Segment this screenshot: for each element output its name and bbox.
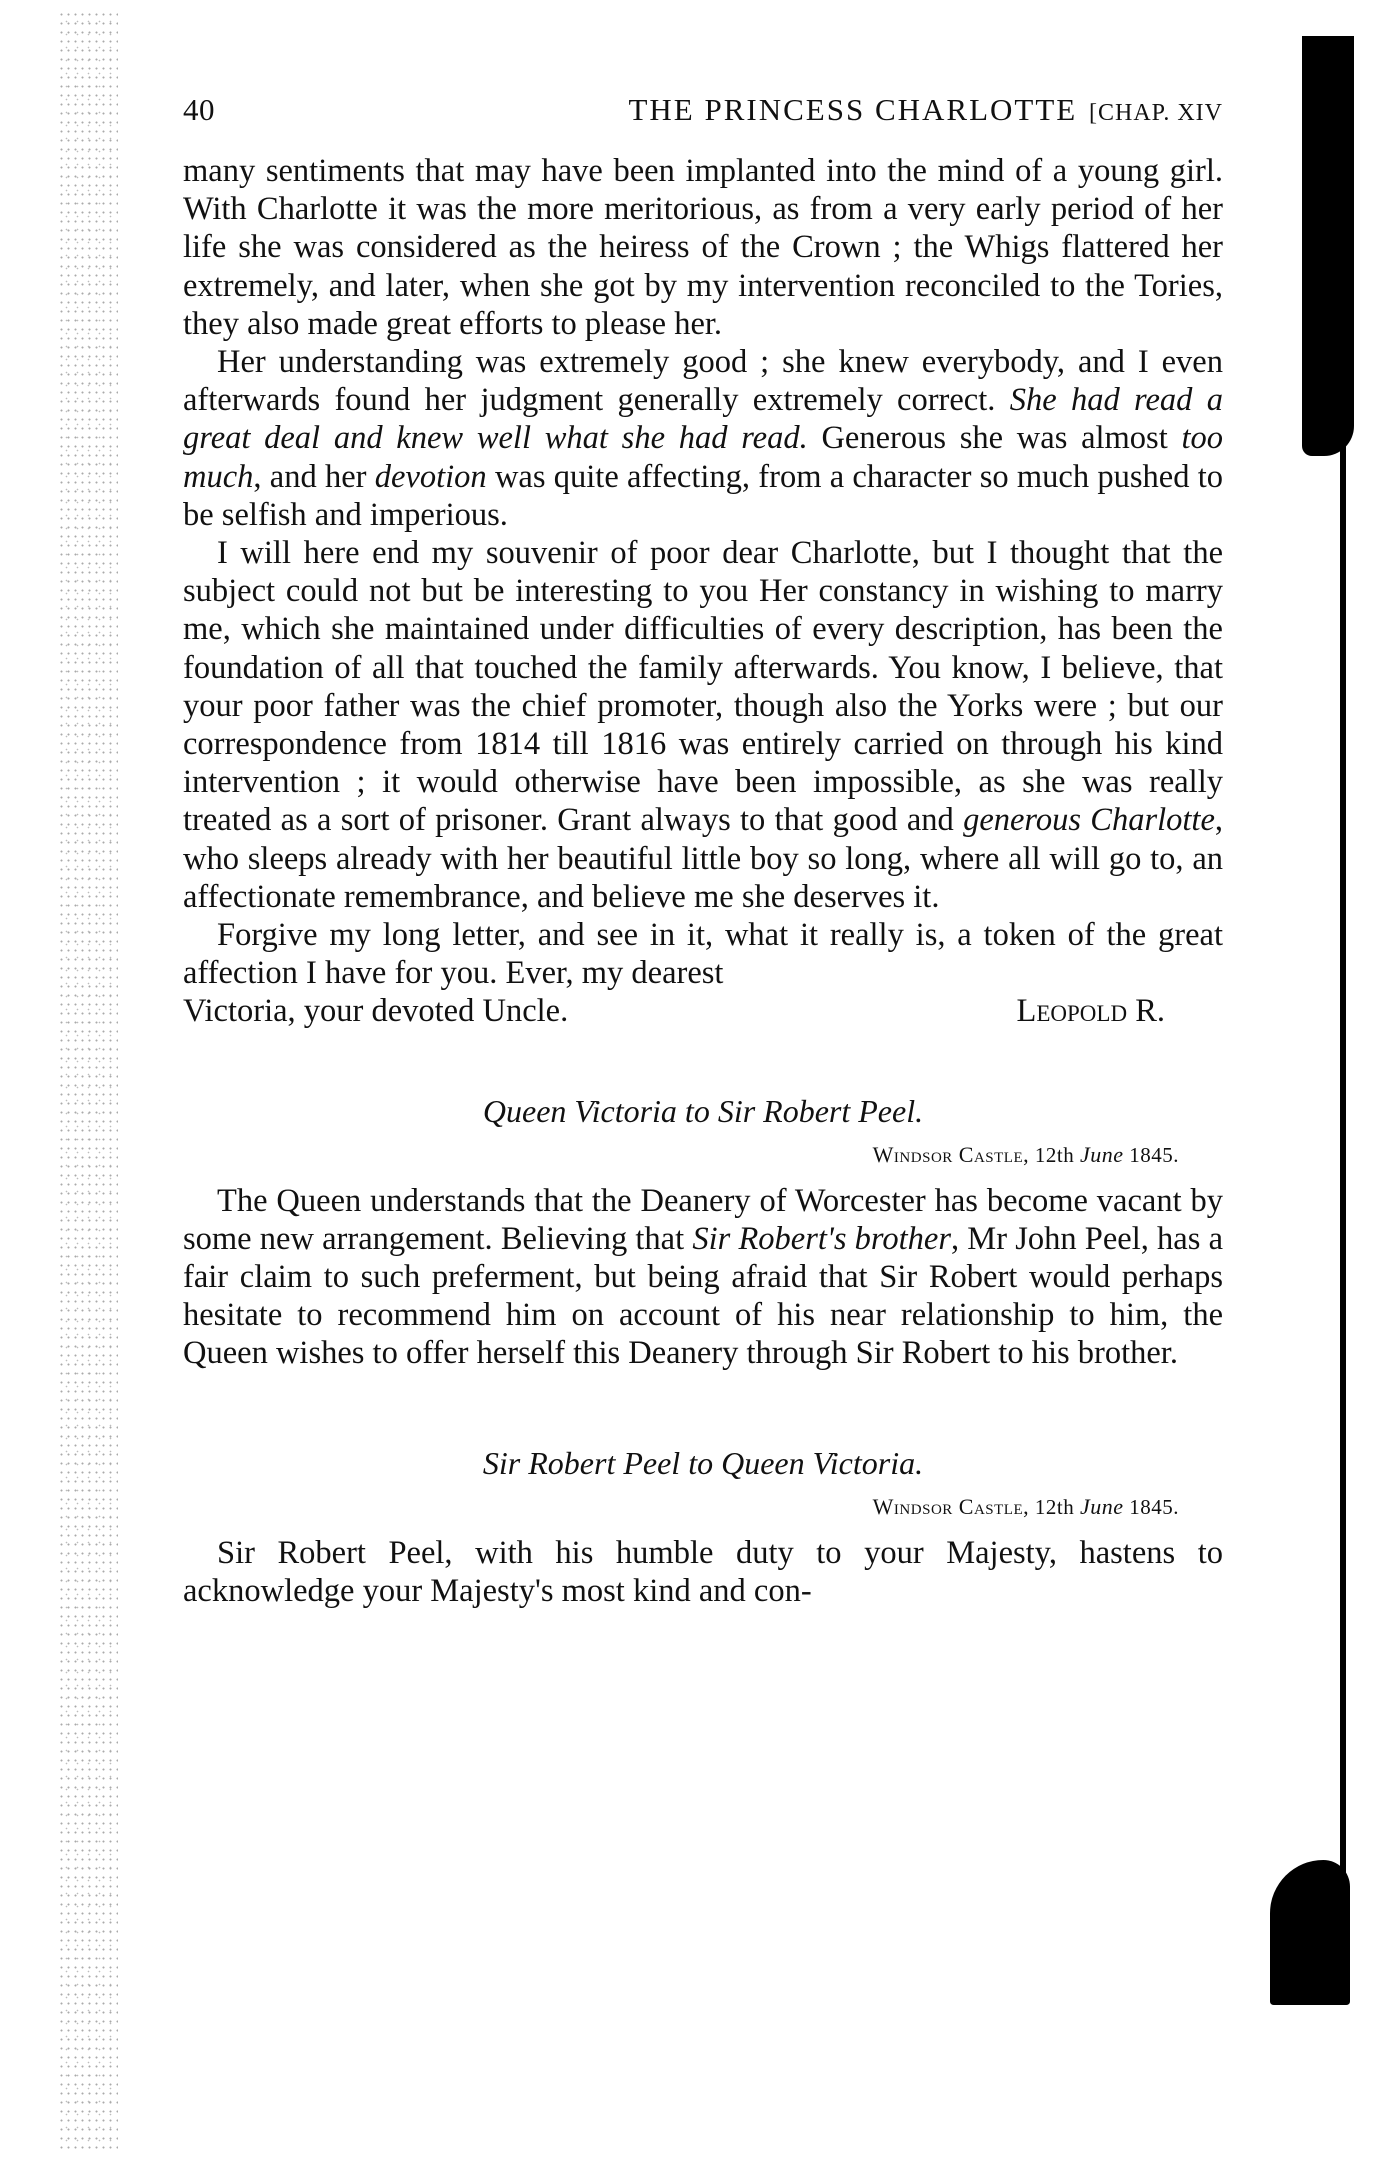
dateline-year: 1845.: [1129, 1495, 1179, 1519]
dateline-day: 12th: [1035, 1495, 1074, 1519]
running-title: THE PRINCESS CHARLOTTE [CHAP. XIV: [283, 92, 1223, 128]
closing-line: Victoria, your devoted Uncle.: [183, 992, 568, 1030]
text-run: Generous she was almost: [808, 420, 1182, 456]
italic-run: generous Charlotte: [963, 802, 1215, 838]
leopold-letter-continuation: many sentiments that may have been impla…: [183, 152, 1223, 1031]
letter-heading: Sir Robert Peel to Queen Victoria.: [183, 1445, 1223, 1482]
dateline-month: June: [1080, 1142, 1124, 1167]
dateline: Windsor Castle, 12th June 1845.: [183, 1494, 1179, 1520]
italic-run: Sir Robert's brother: [692, 1221, 951, 1257]
book-page: 40 THE PRINCESS CHARLOTTE [CHAP. XIV man…: [183, 92, 1223, 1610]
chapter-label: [CHAP. XIV: [1089, 100, 1223, 126]
text-run: I will here end my souvenir of poor dear…: [183, 535, 1223, 838]
dateline-month: June: [1080, 1494, 1124, 1519]
dateline-place: Windsor Castle,: [873, 1494, 1029, 1519]
dateline: Windsor Castle, 12th June 1845.: [183, 1142, 1179, 1168]
dateline-year: 1845.: [1129, 1143, 1179, 1167]
paragraph: Her understanding was extremely good ; s…: [183, 343, 1223, 534]
binding-shadow-line: [1340, 440, 1346, 1960]
paragraph: many sentiments that may have been impla…: [183, 152, 1223, 343]
page-number: 40: [183, 92, 283, 128]
running-head: 40 THE PRINCESS CHARLOTTE [CHAP. XIV: [183, 92, 1223, 140]
dateline-place: Windsor Castle,: [873, 1142, 1029, 1167]
scan-margin-speckle: [58, 10, 118, 2150]
paragraph: Forgive my long letter, and see in it, w…: [183, 916, 1223, 992]
dateline-day: 12th: [1035, 1143, 1074, 1167]
letter-signoff: Victoria, your devoted Uncle. Leopold R.: [183, 992, 1223, 1030]
paragraph: The Queen understands that the Deanery o…: [183, 1182, 1223, 1373]
queen-letter-body: The Queen understands that the Deanery o…: [183, 1182, 1223, 1373]
paragraph: I will here end my souvenir of poor dear…: [183, 534, 1223, 916]
binding-shadow-bottom: [1270, 1860, 1350, 2005]
peel-letter-body: Sir Robert Peel, with his humble duty to…: [183, 1534, 1223, 1610]
binding-shadow-top: [1302, 36, 1354, 456]
paragraph: Sir Robert Peel, with his humble duty to…: [183, 1534, 1223, 1610]
italic-run: devotion: [375, 459, 487, 495]
book-title: THE PRINCESS CHARLOTTE: [628, 92, 1077, 127]
letter-heading: Queen Victoria to Sir Robert Peel.: [183, 1093, 1223, 1130]
signature: Leopold R.: [1017, 992, 1166, 1030]
text-run: , and her: [253, 459, 374, 495]
